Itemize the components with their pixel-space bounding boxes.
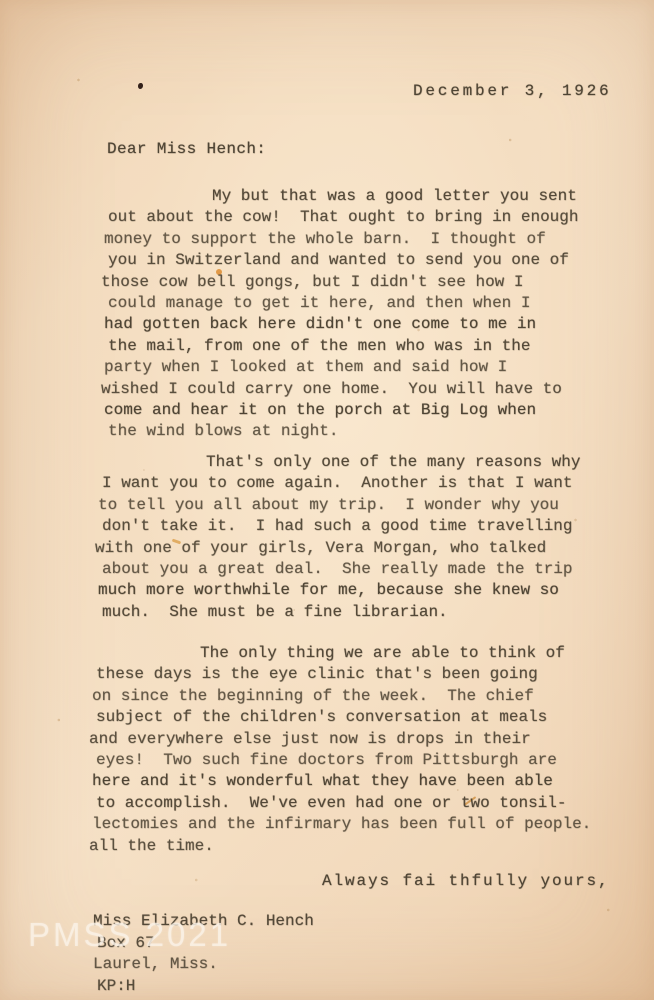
letter-line: these days is the eye clinic that's been… <box>96 664 591 685</box>
letter-line: could manage to get it here, and then wh… <box>108 293 578 314</box>
letter-line: That's only one of the many reasons why <box>98 452 580 473</box>
letter-line: on since the beginning of the week. The … <box>92 686 591 707</box>
letter-line: the wind blows at night. <box>108 421 578 442</box>
letter-date: December 3, 1926 <box>413 81 611 102</box>
signature-block: Miss Elizabeth C. HenchBox 67Laurel, Mis… <box>93 911 314 997</box>
letter-line: I want you to come again. Another is tha… <box>102 473 580 494</box>
letter-line: to tell you all about my trip. I wonder … <box>98 495 580 516</box>
ink-speck-icon <box>138 83 143 89</box>
letter-line: all the time. <box>89 836 591 857</box>
letter-line: and everywhere else just now is drops in… <box>89 729 591 750</box>
letter-line: much more worthwhile for me, because she… <box>98 580 580 601</box>
letter-line: My but that was a good letter you sent <box>104 186 578 207</box>
letter-line: out about the cow! That ought to bring i… <box>108 207 578 228</box>
letter-line: come and hear it on the porch at Big Log… <box>104 400 578 421</box>
paragraph-come-again: That's only one of the many reasons whyI… <box>98 452 580 623</box>
letter-line: those cow bell gongs, but I didn't see h… <box>101 272 578 293</box>
letter-line: Box 67 <box>97 933 314 955</box>
letter-line: here and it's wonderful what they have b… <box>92 771 591 792</box>
letter-line: subject of the children's conversation a… <box>96 707 591 728</box>
letter-line: had gotten back here didn't one come to … <box>104 314 578 335</box>
letter-line: you in Switzerland and wanted to send yo… <box>108 250 578 271</box>
letter-line: the mail, from one of the men who was in… <box>108 336 578 357</box>
letter-line: Miss Elizabeth C. Hench <box>93 911 314 933</box>
letter-line: Laurel, Miss. <box>93 954 314 976</box>
closing-line: Always fai thfully yours, <box>322 871 610 892</box>
paragraph-eye-clinic: The only thing we are able to think ofth… <box>92 643 591 857</box>
letter-line: eyes! Two such fine doctors from Pittsbu… <box>96 750 591 771</box>
letter-page: December 3, 1926 Dear Miss Hench: My but… <box>0 0 654 1000</box>
letter-line: to accomplish. We've even had one or two… <box>96 793 591 814</box>
letter-line: The only thing we are able to think of <box>92 643 591 664</box>
letter-line: with one of your girls, Vera Morgan, who… <box>95 538 580 559</box>
paragraph-cow-letter: My but that was a good letter you sentou… <box>104 186 578 443</box>
letter-line: money to support the whole barn. I thoug… <box>104 229 578 250</box>
letter-line: KP:H <box>97 976 314 998</box>
letter-line: wished I could carry one home. You will … <box>101 379 578 400</box>
letter-line: much. She must be a fine librarian. <box>102 602 580 623</box>
letter-line: don't take it. I had such a good time tr… <box>102 516 580 537</box>
letter-line: party when I looked at them and said how… <box>104 357 578 378</box>
letter-line: about you a great deal. She really made … <box>102 559 580 580</box>
letter-line: lectomies and the infirmary has been ful… <box>92 814 591 835</box>
salutation: Dear Miss Hench: <box>107 139 266 160</box>
